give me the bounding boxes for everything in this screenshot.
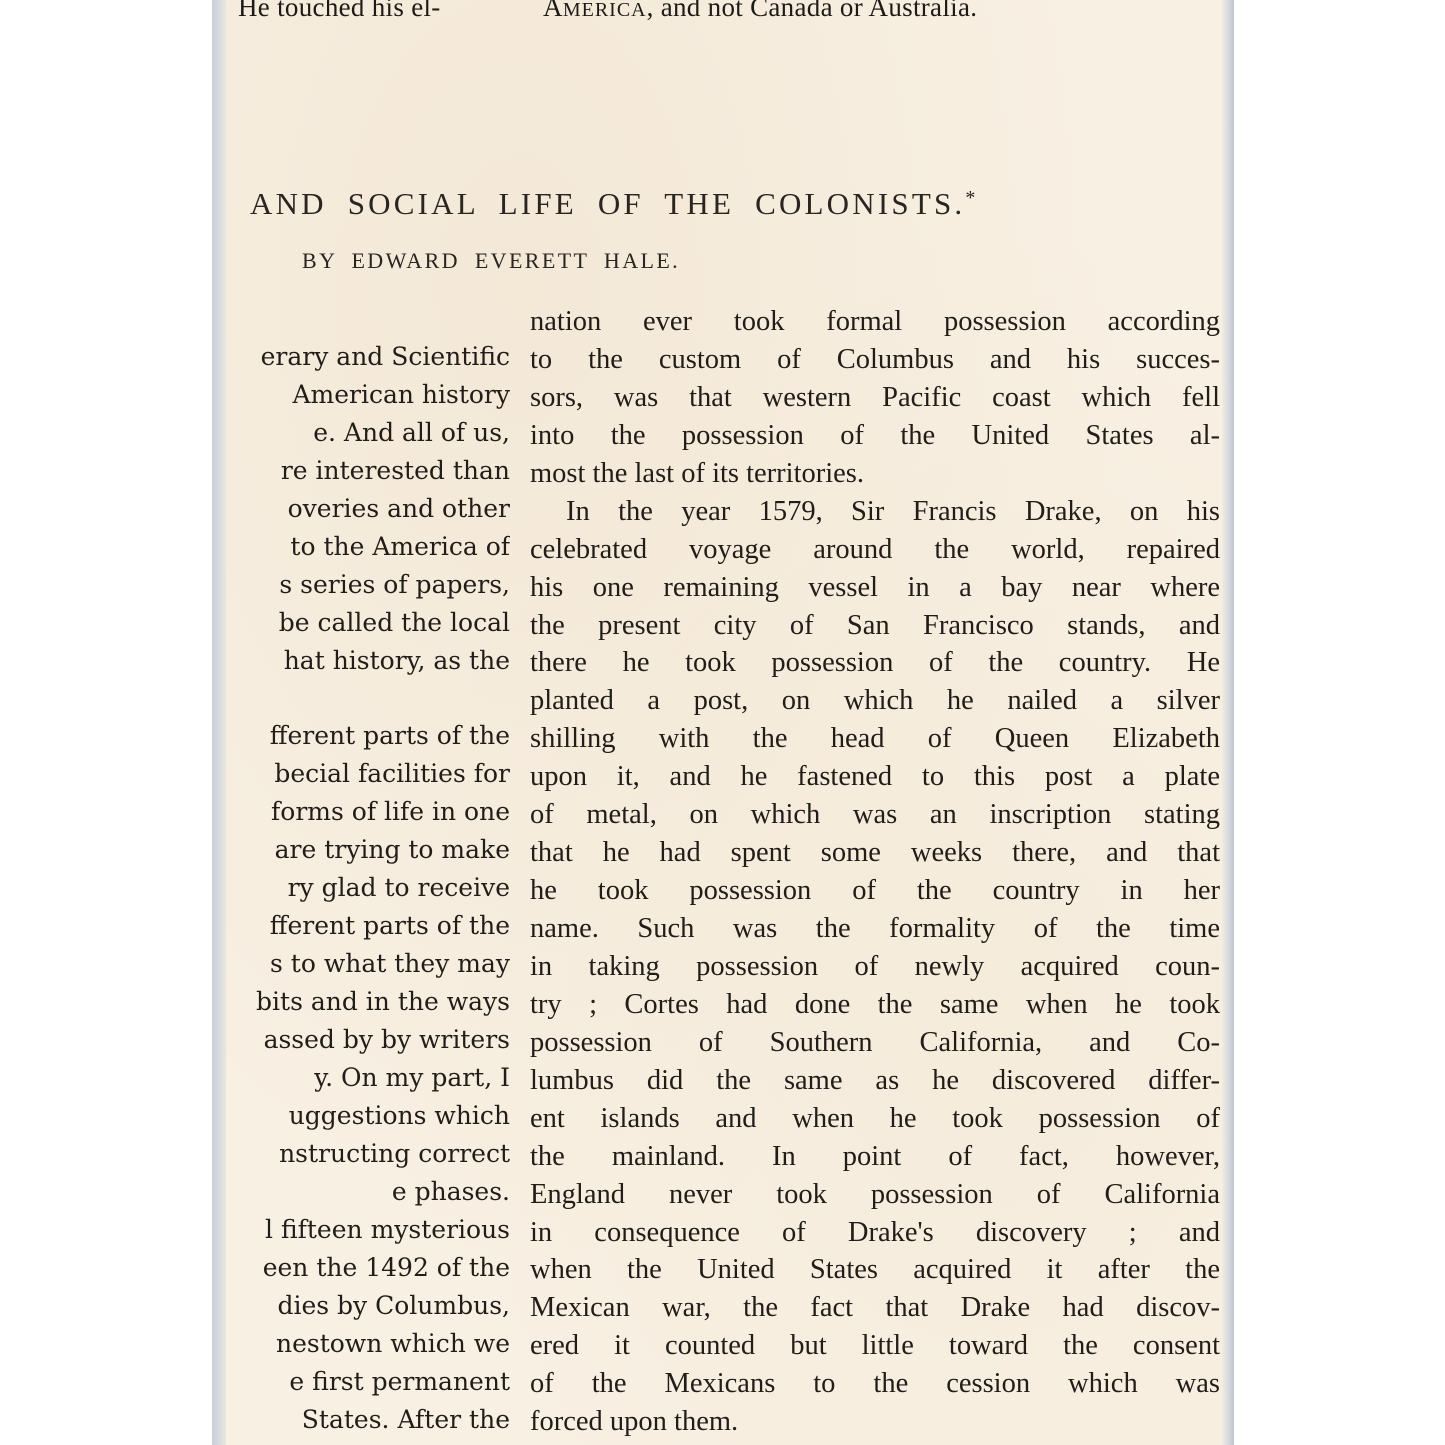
left-column-line: uggestions which bbox=[226, 1097, 510, 1135]
left-column-line-text: re interested than bbox=[281, 452, 510, 490]
right-column: nation ever took formal possession accor… bbox=[530, 303, 1220, 1441]
left-column-line: American history bbox=[226, 376, 510, 414]
smallcaps-initial: A bbox=[543, 0, 563, 22]
smallcaps-rest: MERICA bbox=[563, 0, 647, 21]
right-column-line: his one remaining vessel in a bay near w… bbox=[530, 569, 1220, 607]
left-column-line-text: fferent parts of the bbox=[270, 717, 510, 755]
left-column-line: nstructing correct bbox=[226, 1135, 510, 1173]
right-column-line: that he had spent some weeks there, and … bbox=[530, 834, 1220, 872]
right-column-line: most the last of its territories. bbox=[530, 455, 1220, 493]
left-column-line-text: dies by Columbus, bbox=[277, 1287, 510, 1325]
left-column-line: erary and Scientific bbox=[226, 338, 510, 376]
left-column-line-text: een the 1492 of the bbox=[263, 1249, 510, 1287]
right-column-line: sors, was that western Pacific coast whi… bbox=[530, 379, 1220, 417]
left-column-clipped: erary and ScientificAmerican historye. A… bbox=[226, 338, 510, 1438]
right-column-line: In the year 1579, Sir Francis Drake, on … bbox=[530, 493, 1220, 531]
top-left-fragment: He touched his el- bbox=[238, 0, 441, 22]
left-column-line-text: overies and other bbox=[288, 490, 510, 528]
top-right-tail: , and not Canada or Australia. bbox=[647, 0, 978, 22]
right-column-line: shilling with the head of Queen Elizabet… bbox=[530, 720, 1220, 758]
right-column-line: there he took possession of the country.… bbox=[530, 644, 1220, 682]
left-column-line: l fifteen mysterious bbox=[226, 1211, 510, 1249]
right-column-line: to the custom of Columbus and his succes… bbox=[530, 341, 1220, 379]
left-column-line-text: becial facilities for bbox=[274, 755, 510, 793]
right-column-line: of the Mexicans to the cession which was bbox=[530, 1365, 1220, 1403]
paper-left-edge-shadow bbox=[212, 0, 226, 1445]
left-column-line: e first permanent bbox=[226, 1362, 510, 1400]
left-column-line: are trying to make bbox=[226, 831, 510, 869]
right-column-line: planted a post, on which he nailed a sil… bbox=[530, 682, 1220, 720]
left-column-line-text: ry glad to receive bbox=[288, 869, 510, 907]
left-column-line: e. And all of us, bbox=[226, 414, 510, 452]
right-column-line: ered it counted but little toward the co… bbox=[530, 1327, 1220, 1365]
paper-right-edge-shadow bbox=[1222, 0, 1234, 1445]
left-column-line: fferent parts of the bbox=[226, 717, 510, 755]
left-column-line-text: nestown which we bbox=[276, 1325, 510, 1363]
top-line-fragment: He touched his el- AMERICA, and not Cana… bbox=[238, 0, 441, 23]
right-column-line: celebrated voyage around the world, repa… bbox=[530, 531, 1220, 569]
left-column-line: be called the local bbox=[226, 604, 510, 642]
left-column-line: s series of papers, bbox=[226, 566, 510, 604]
left-column-line: States. After the bbox=[226, 1400, 510, 1438]
article-title: AND SOCIAL LIFE OF THE COLONISTS.* bbox=[250, 186, 975, 222]
right-column-line: he took possession of the country in her bbox=[530, 872, 1220, 910]
left-column-line-text: erary and Scientific bbox=[261, 338, 510, 376]
article-byline: BY EDWARD EVERETT HALE. bbox=[302, 248, 680, 274]
left-column-line bbox=[226, 679, 510, 717]
left-column-line-text: y. On my part, I bbox=[314, 1059, 510, 1097]
left-column-line: bits and in the ways bbox=[226, 983, 510, 1021]
left-column-line-text: assed by by writers bbox=[264, 1021, 510, 1059]
top-right-fragment: AMERICA, and not Canada or Australia. bbox=[543, 0, 977, 23]
right-column-line: forced upon them. bbox=[530, 1403, 1220, 1441]
left-column-line-text: fferent parts of the bbox=[270, 907, 510, 945]
left-column-line: to the America of bbox=[226, 528, 510, 566]
right-column-line: possession of Southern California, and C… bbox=[530, 1024, 1220, 1062]
right-column-line: into the possession of the United States… bbox=[530, 417, 1220, 455]
right-column-line: the mainland. In point of fact, however, bbox=[530, 1138, 1220, 1176]
right-column-line: try ; Cortes had done the same when he t… bbox=[530, 986, 1220, 1024]
left-column-line: re interested than bbox=[226, 452, 510, 490]
left-column-line-text: e. And all of us, bbox=[313, 414, 510, 452]
left-column-line-text: hat history, as the bbox=[284, 642, 510, 680]
right-column-line: in consequence of Drake's discovery ; an… bbox=[530, 1214, 1220, 1252]
right-column-line: Mexican war, the fact that Drake had dis… bbox=[530, 1289, 1220, 1327]
left-column-line: fferent parts of the bbox=[226, 907, 510, 945]
left-column-line-text: e phases. bbox=[392, 1173, 510, 1211]
right-column-line: the present city of San Francisco stands… bbox=[530, 607, 1220, 645]
left-column-line: assed by by writers bbox=[226, 1021, 510, 1059]
footnote-mark: * bbox=[965, 187, 975, 209]
left-column-line: e phases. bbox=[226, 1173, 510, 1211]
left-column-line-text: s to what they may bbox=[270, 945, 510, 983]
left-column-line: een the 1492 of the bbox=[226, 1249, 510, 1287]
left-column-line-text: uggestions which bbox=[289, 1097, 510, 1135]
left-column-line-text: are trying to make bbox=[275, 831, 510, 869]
left-column-line: nestown which we bbox=[226, 1324, 510, 1362]
left-column-line-text: to the America of bbox=[290, 528, 510, 566]
left-column-line-text: nstructing correct bbox=[279, 1135, 510, 1173]
right-column-line: England never took possession of Califor… bbox=[530, 1176, 1220, 1214]
left-column-line-text: be called the local bbox=[279, 604, 510, 642]
left-column-line-text: e first permanent bbox=[289, 1363, 510, 1401]
left-column-line: dies by Columbus, bbox=[226, 1286, 510, 1324]
right-column-line: nation ever took formal possession accor… bbox=[530, 303, 1220, 341]
right-column-line: when the United States acquired it after… bbox=[530, 1251, 1220, 1289]
right-column-line: in taking possession of newly acquired c… bbox=[530, 948, 1220, 986]
left-column-line-text: s series of papers, bbox=[279, 566, 510, 604]
right-column-line: ent islands and when he took possession … bbox=[530, 1100, 1220, 1138]
right-column-line: upon it, and he fastened to this post a … bbox=[530, 758, 1220, 796]
left-column-line-text: l fifteen mysterious bbox=[265, 1211, 510, 1249]
left-column-line: forms of life in one bbox=[226, 793, 510, 831]
right-column-line: of metal, on which was an inscription st… bbox=[530, 796, 1220, 834]
right-column-line: lumbus did the same as he discovered dif… bbox=[530, 1062, 1220, 1100]
left-column-line: ry glad to receive bbox=[226, 869, 510, 907]
left-column-line: y. On my part, I bbox=[226, 1059, 510, 1097]
left-column-line-text: States. After the bbox=[302, 1401, 510, 1439]
left-column-line-text: American history bbox=[292, 376, 510, 414]
left-column-line: becial facilities for bbox=[226, 755, 510, 793]
left-column-line-text: bits and in the ways bbox=[256, 983, 510, 1021]
left-column-line-text: forms of life in one bbox=[271, 793, 510, 831]
article-title-text: AND SOCIAL LIFE OF THE COLONISTS. bbox=[250, 186, 965, 221]
left-column-line: s to what they may bbox=[226, 945, 510, 983]
left-column-line: hat history, as the bbox=[226, 642, 510, 680]
left-column-line: overies and other bbox=[226, 490, 510, 528]
right-column-line: name. Such was the formality of the time bbox=[530, 910, 1220, 948]
